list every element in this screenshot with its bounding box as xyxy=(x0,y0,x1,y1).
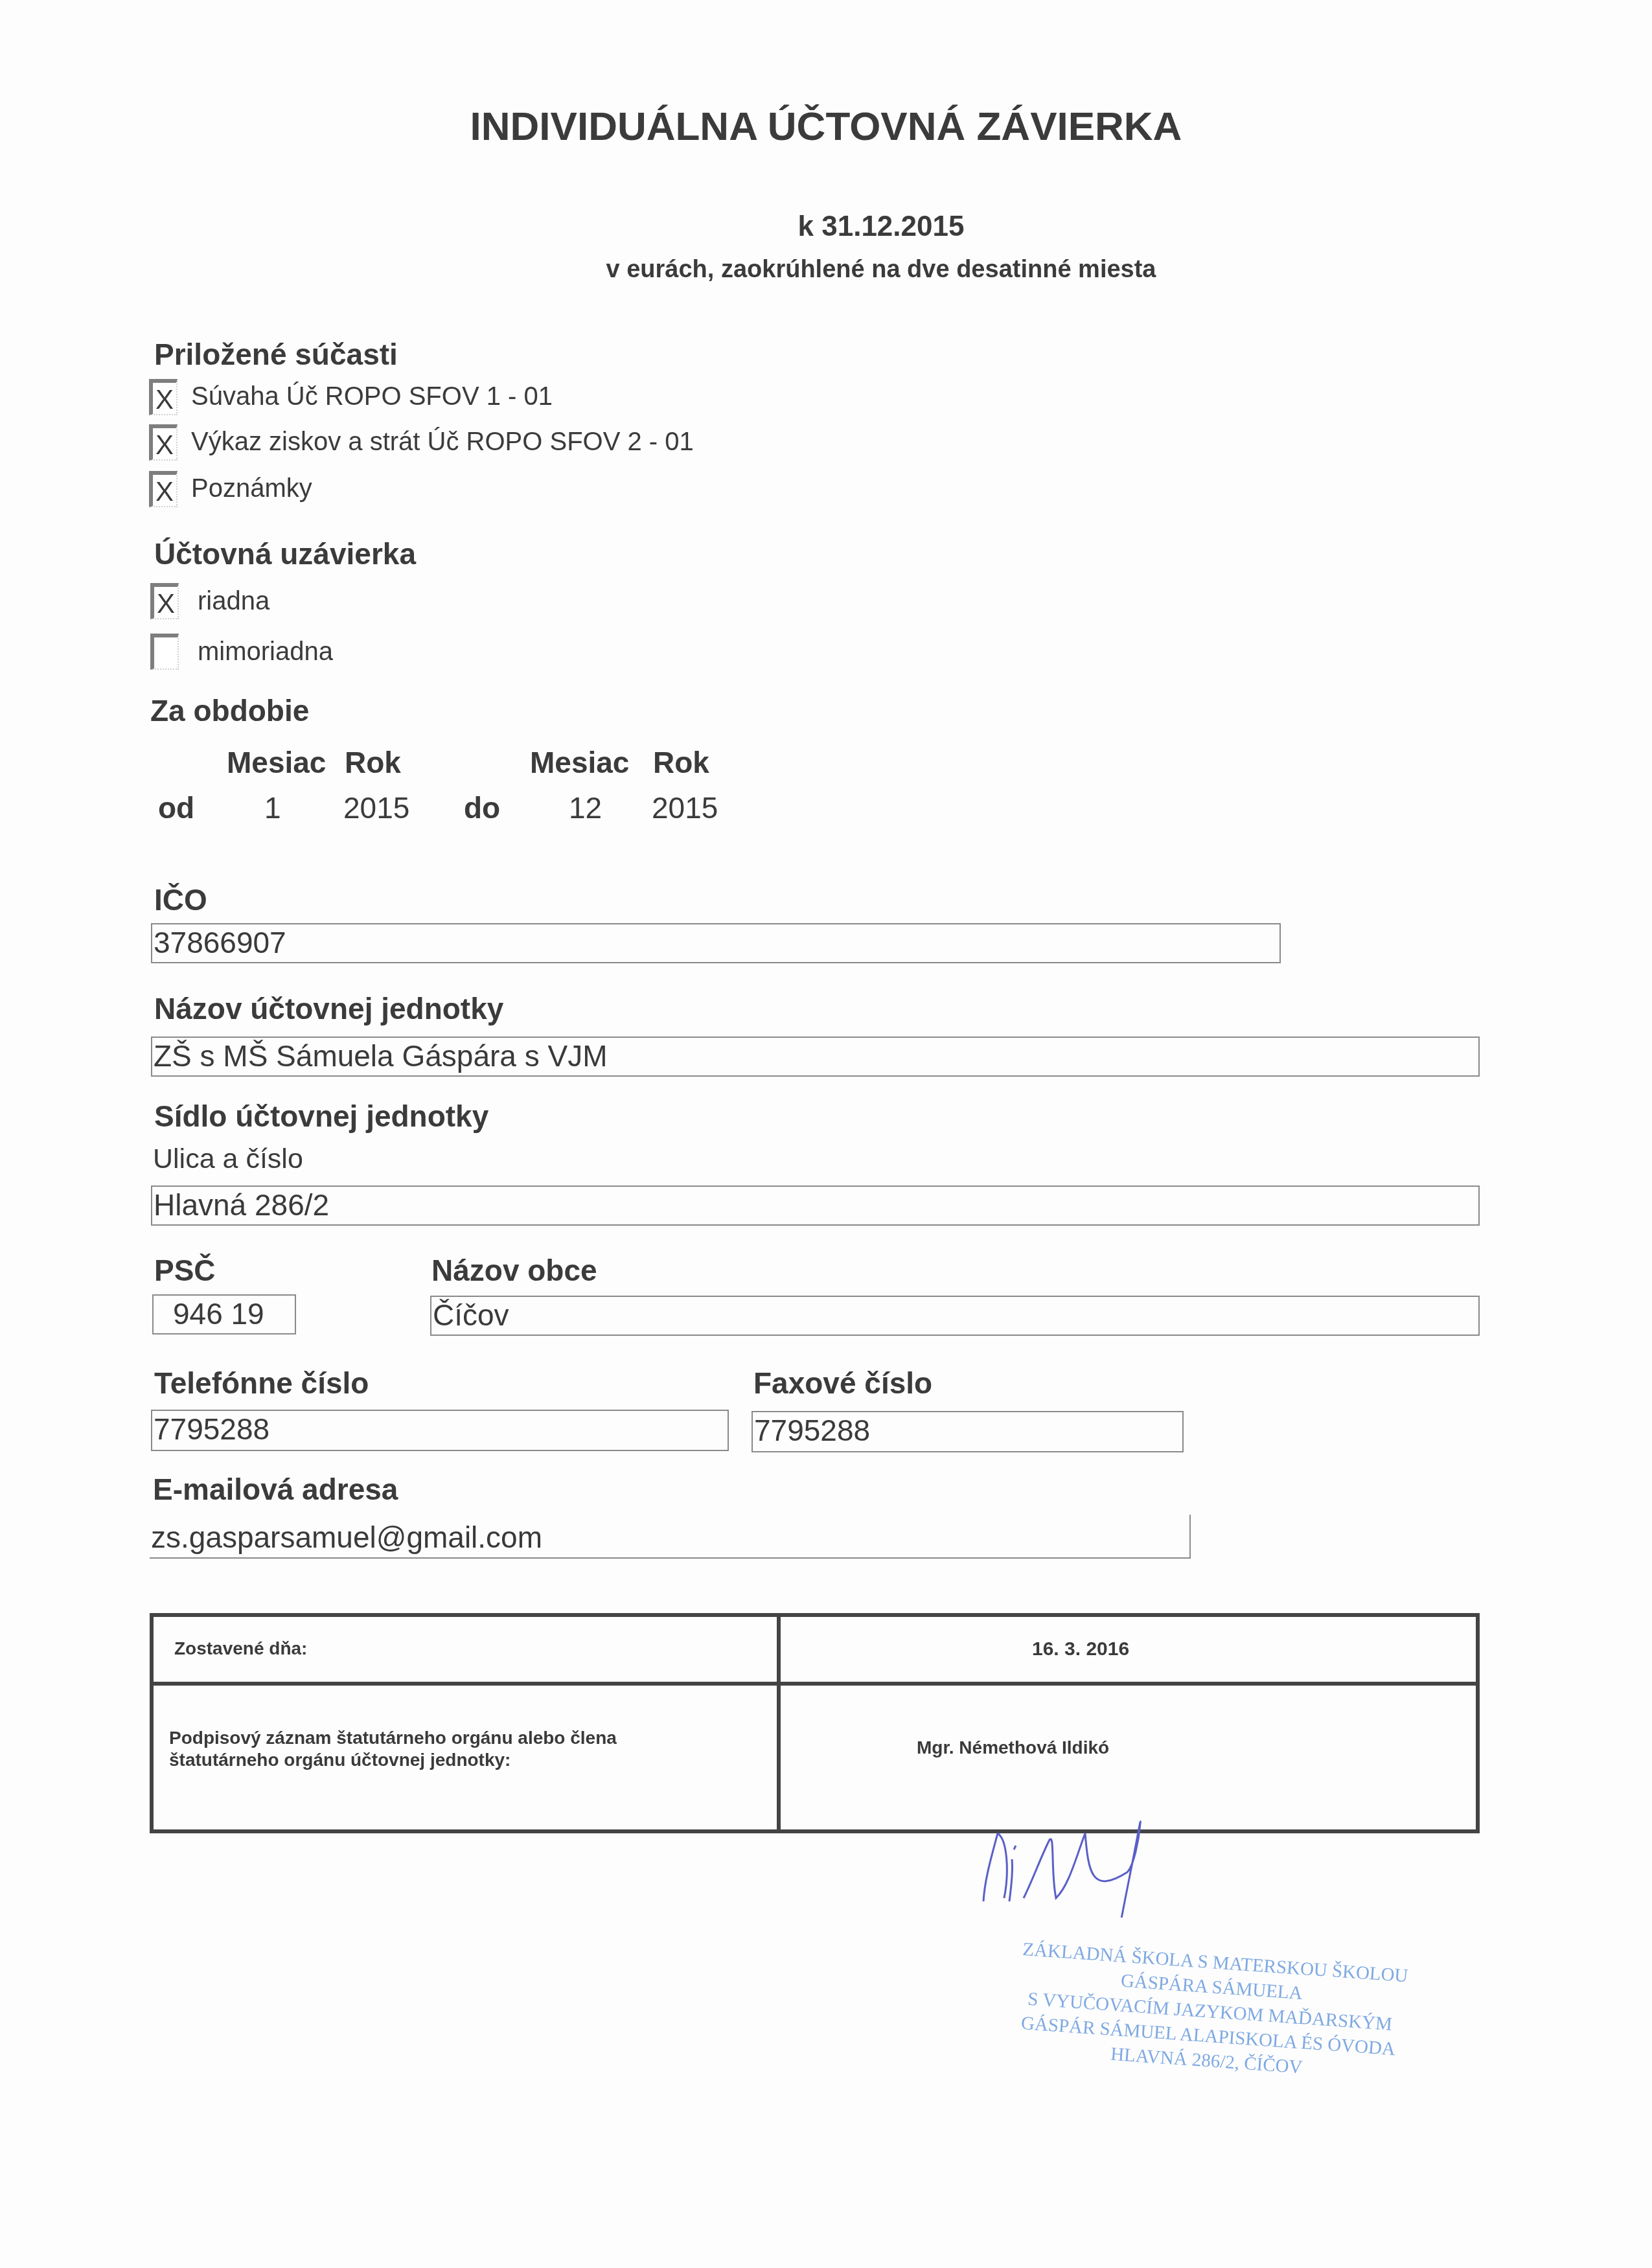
entity-name-label: Názov účtovnej jednotky xyxy=(154,991,503,1026)
psc-field[interactable]: 946 19 xyxy=(152,1294,296,1334)
compiled-date-value: 16. 3. 2016 xyxy=(1032,1638,1129,1660)
period-from-month: 1 xyxy=(264,790,281,825)
as-of-date: k 31.12.2015 xyxy=(0,211,1652,243)
closing-label-regular: riadna xyxy=(198,587,270,616)
attachment-label: Výkaz ziskov a strát Úč ROPO SFOV 2 - 01 xyxy=(191,428,694,457)
document-title: INDIVIDUÁLNA ÚČTOVNÁ ZÁVIERKA xyxy=(0,104,1652,150)
attachment-checkbox[interactable]: X xyxy=(149,424,178,461)
period-to-year: 2015 xyxy=(652,790,718,825)
check-mark-icon: X xyxy=(155,429,174,461)
table-column-divider xyxy=(777,1617,781,1829)
fax-field[interactable]: 7795288 xyxy=(751,1411,1184,1452)
signature-label-line2: štatutárneho orgánu účtovnej jednotky: xyxy=(169,1749,511,1771)
document-subtitle: v eurách, zaokrúhlené na dve desatinné m… xyxy=(0,256,1652,284)
check-mark-icon: X xyxy=(157,588,175,620)
entity-name-field[interactable]: ZŠ s MŠ Sámuela Gáspára s VJM xyxy=(151,1037,1480,1077)
compiled-row xyxy=(154,1617,1476,1686)
street-field[interactable]: Hlavná 286/2 xyxy=(151,1186,1480,1226)
ico-field[interactable]: 37866907 xyxy=(151,923,1281,963)
period-to-label: do xyxy=(464,790,500,825)
closing-type-heading: Účtovná uzávierka xyxy=(154,536,416,571)
closing-checkbox-extraordinary[interactable] xyxy=(150,634,179,670)
signature-label-line1: Podpisový záznam štatutárneho orgánu ale… xyxy=(169,1727,617,1749)
seat-heading: Sídlo účtovnej jednotky xyxy=(154,1099,488,1134)
period-to-year-header: Rok xyxy=(653,745,709,780)
check-mark-icon: X xyxy=(155,384,174,416)
city-label: Názov obce xyxy=(431,1253,597,1288)
period-from-year-header: Rok xyxy=(345,745,401,780)
period-to-month: 12 xyxy=(569,790,602,825)
period-from-month-header: Mesiac xyxy=(227,745,326,780)
phone-label: Telefónne číslo xyxy=(154,1366,369,1401)
street-label: Ulica a číslo xyxy=(153,1143,303,1175)
attachment-checkbox[interactable]: X xyxy=(149,379,178,415)
phone-field[interactable]: 7795288 xyxy=(151,1410,729,1451)
city-field[interactable]: Číčov xyxy=(430,1296,1480,1336)
attachment-label: Poznámky xyxy=(191,474,312,503)
period-from-year: 2015 xyxy=(343,790,409,825)
attachment-label: Súvaha Úč ROPO SFOV 1 - 01 xyxy=(191,382,553,411)
handwritten-signature-icon xyxy=(978,1743,1250,1918)
check-mark-icon: X xyxy=(155,475,174,508)
period-to-month-header: Mesiac xyxy=(530,745,629,780)
psc-label: PSČ xyxy=(154,1253,216,1288)
compiled-date-label: Zostavené dňa: xyxy=(174,1638,307,1660)
period-heading: Za obdobie xyxy=(150,693,309,728)
email-label: E-mailová adresa xyxy=(153,1472,398,1507)
period-from-label: od xyxy=(158,790,194,825)
signature-table: Zostavené dňa: 16. 3. 2016 Podpisový záz… xyxy=(150,1613,1480,1833)
official-stamp: ZÁKLADNÁ ŠKOLA S MATERSKOU ŠKOLOU GÁSPÁR… xyxy=(1015,1937,1405,2087)
ico-label: IČO xyxy=(154,882,207,917)
closing-checkbox-regular[interactable]: X xyxy=(150,583,179,619)
attachment-checkbox[interactable]: X xyxy=(149,471,178,507)
email-field[interactable]: zs.gasparsamuel@gmail.com xyxy=(150,1515,1191,1559)
closing-label-extraordinary: mimoriadna xyxy=(198,637,333,667)
attachments-heading: Priložené súčasti xyxy=(154,337,398,372)
fax-label: Faxové číslo xyxy=(753,1366,932,1401)
